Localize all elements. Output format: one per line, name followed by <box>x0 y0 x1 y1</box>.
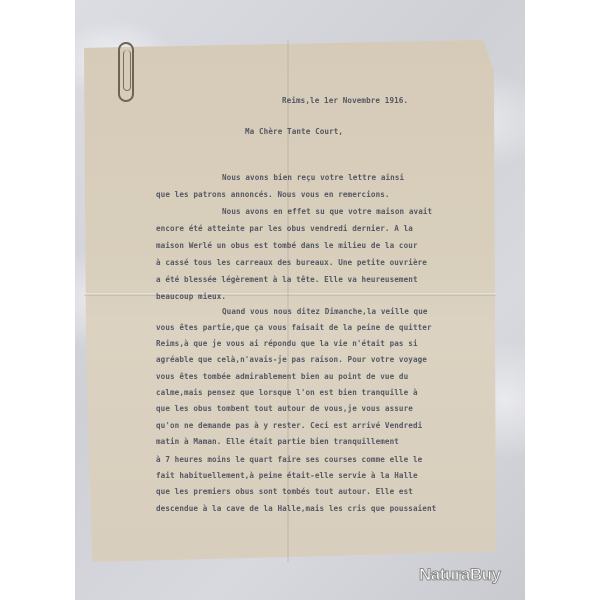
letter-line: calme,mais pensez que lorsque l'on est b… <box>156 388 418 397</box>
letter-line: vous êtes tombée admirablement bien au p… <box>156 372 408 381</box>
letter-line: fait habituellement,à peine était-elle s… <box>156 471 418 480</box>
letter-paper <box>84 40 496 562</box>
letter-salutation: Ma Chère Tante Court, <box>245 127 343 136</box>
letter-line: Reims,à que je vous ai répondu que la vi… <box>156 339 418 348</box>
letter-line: vous êtes partie,que ça vous faisait de … <box>156 323 432 332</box>
letter-line: à cassé tous les carreaux des bureaux. U… <box>156 258 427 267</box>
letter-line: qu'on ne demande pas à y rester. Ceci es… <box>156 421 422 430</box>
letter-line: a été blessée légèrement à la tête. Elle… <box>156 275 418 284</box>
letter-line: à 7 heures moins le quart faire ses cour… <box>156 455 422 464</box>
letter-dateline: Reims,le 1er Novembre 1916. <box>282 96 408 105</box>
naturabuy-watermark: NaturaBuy <box>419 565 500 585</box>
paperclip-icon <box>118 42 134 102</box>
vertical-fold-crease <box>287 40 289 562</box>
letter-line: beaucoup mieux. <box>156 292 226 301</box>
letter-line: encore été atteinte par les obus vendred… <box>156 224 413 233</box>
letter-line: que les obus tombent tout autour de vous… <box>156 404 413 413</box>
letter-line: maison Werlé un obus est tombé dans le m… <box>156 241 418 250</box>
letter-line: descendue à la cave de la Halle,mais les… <box>156 504 436 513</box>
letter-line: Quand vous nous ditez Dimanche,la veille… <box>222 307 428 316</box>
letter-line: Nous avons en effet su que votre maison … <box>222 207 432 216</box>
letter-line: que les patrons annoncés. Nous vous en r… <box>156 190 390 199</box>
letter-line: agréable que celà,n'avais-je pas raison.… <box>156 355 427 364</box>
letter-line: matin à Maman. Elle était partie bien tr… <box>156 437 399 446</box>
horizontal-fold-crease <box>84 293 496 296</box>
letter-line: Nous avons bien reçu votre lettre ainsi <box>222 173 404 182</box>
letter-line: que les premiers obus sont tombés tout a… <box>156 487 413 496</box>
